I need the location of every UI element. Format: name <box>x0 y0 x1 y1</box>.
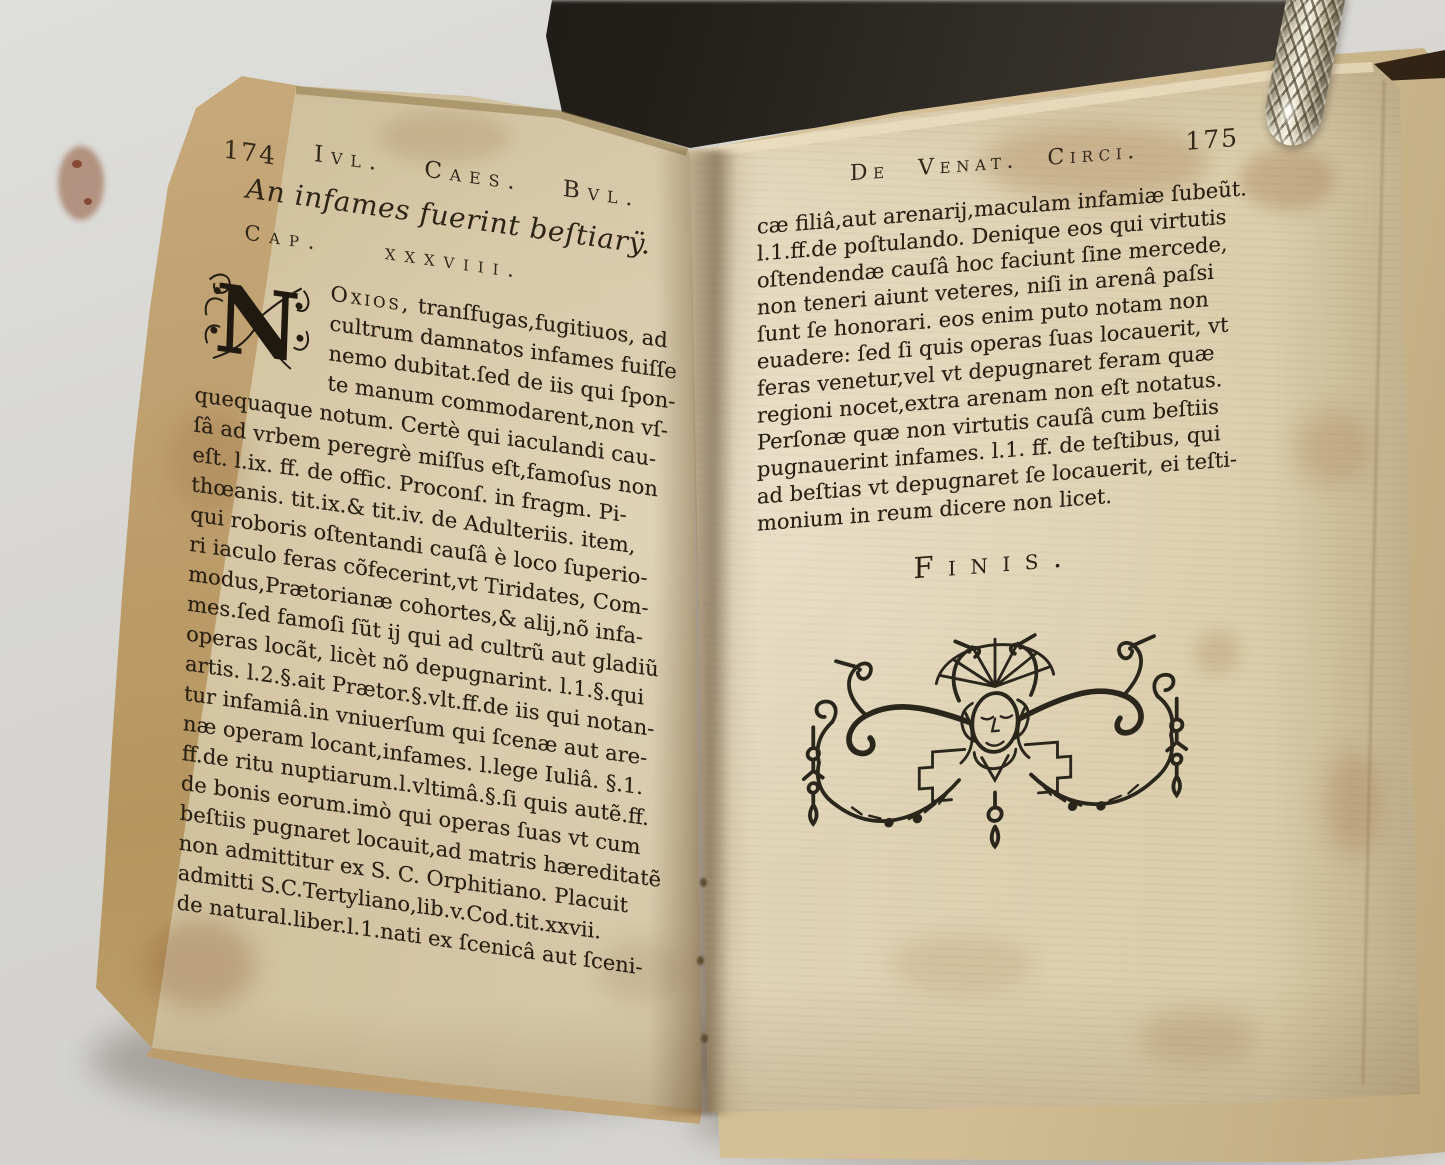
right-page-content: De Venat. Circi. 175 cæ filiâ,aut arenar… <box>745 130 1245 891</box>
foxing-stain <box>84 198 92 205</box>
page-number-left: 174 <box>223 134 278 170</box>
drop-cap-initial-icon: N <box>196 264 319 380</box>
left-page-content: 174 Ivl. Caes. Bvl. An infames fuerint b… <box>150 122 697 986</box>
binding-hole <box>700 878 707 887</box>
left-body-text: N Oxios, tranſfugas,fugitiuos, ad cultru… <box>150 256 693 986</box>
page-number-right: 175 <box>1185 123 1239 156</box>
binding-hole <box>701 1034 708 1043</box>
right-body-text: cæ filiâ,aut arenarij,maculam infamiæ ſu… <box>745 175 1245 538</box>
svg-text:N: N <box>212 264 302 380</box>
finis-label: Finis. <box>745 525 1245 598</box>
foxing-stain <box>58 146 104 220</box>
left-body-lines: cultrum damnatos infames fuiſſenemo dubi… <box>176 290 684 985</box>
photo-of-open-antique-book: 174 Ivl. Caes. Bvl. An infames fuerint b… <box>0 0 1445 1165</box>
tailpiece-ornament-icon <box>780 590 1210 889</box>
binding-hole <box>697 956 704 965</box>
foxing-stain <box>72 160 82 168</box>
